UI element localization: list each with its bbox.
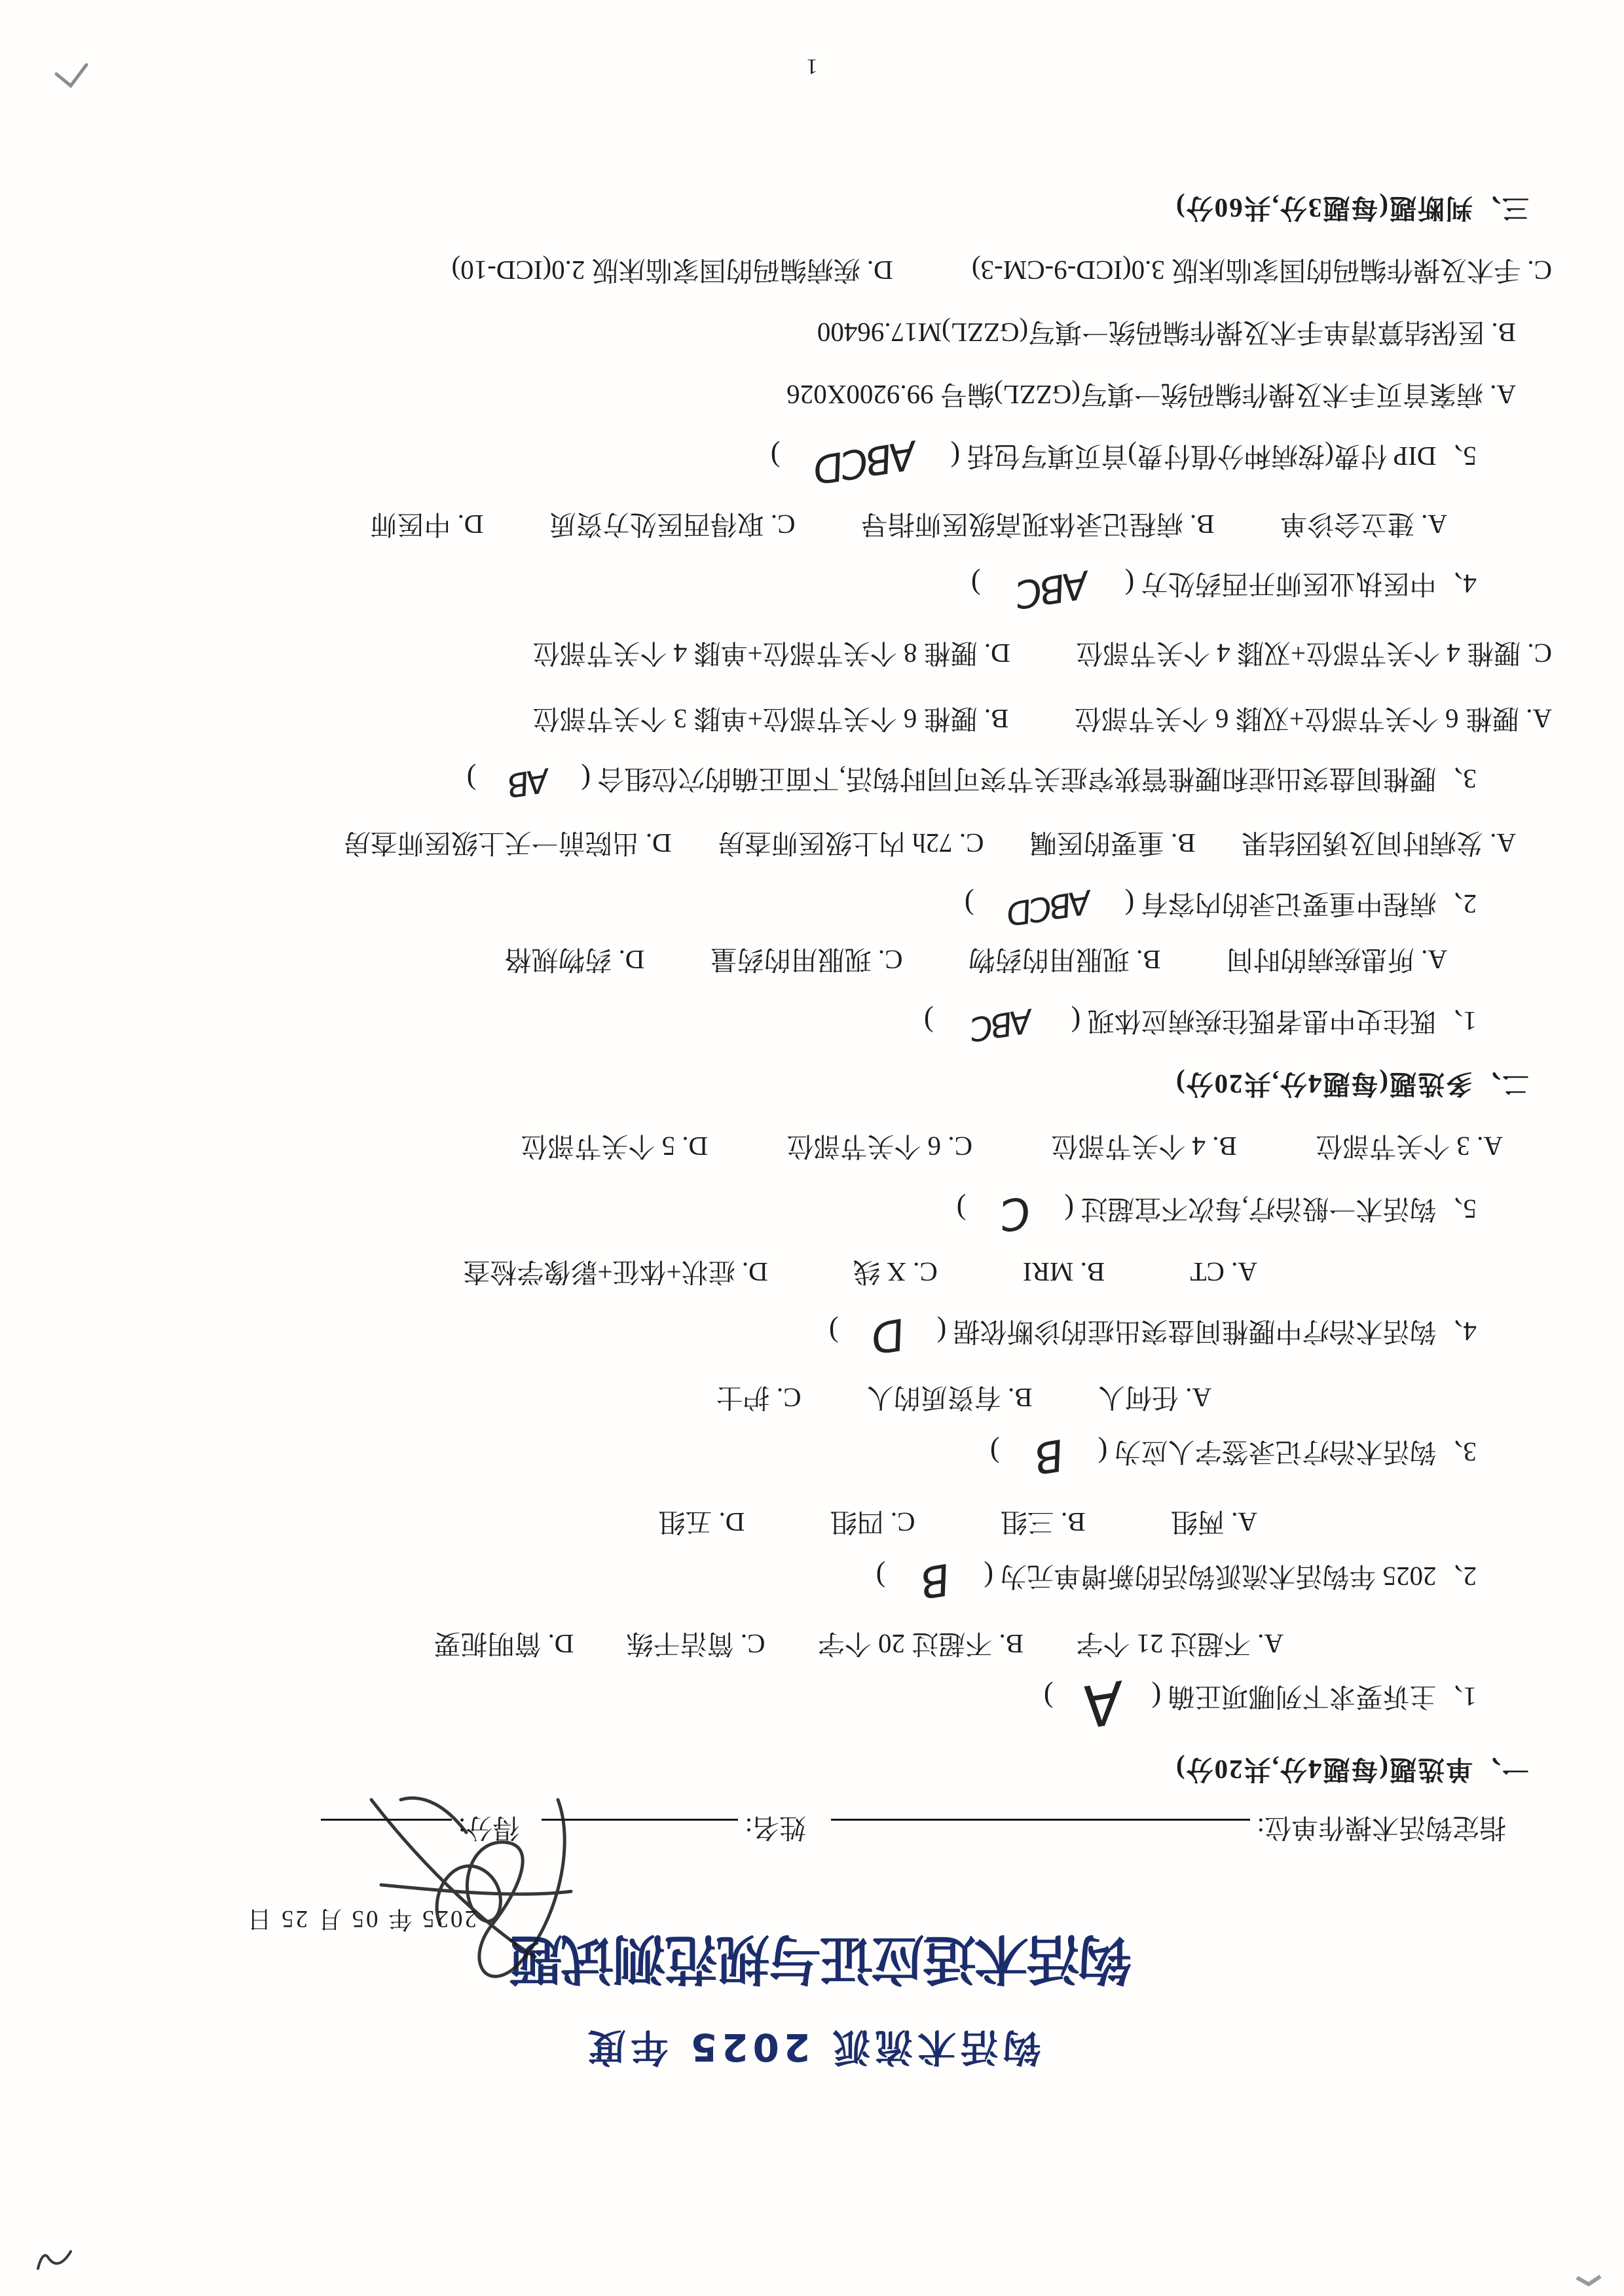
answer-area: (D) (829, 1316, 946, 1348)
option: D. 简明扼要 (434, 1626, 574, 1662)
paren-close: ) (829, 1316, 839, 1348)
option: C. 取得西医处方资质 (549, 506, 796, 543)
s1-q5-options: A. 3 个关节部位 B. 4 个关节部位 C. 6 个关节部位 D. 5 个关… (521, 1128, 1503, 1165)
handwritten-answer: AB (506, 761, 551, 804)
s1-q5-stem-line: 5、钩活术一般治疗,每次不宜超过 (C) (957, 1191, 1477, 1233)
s1-q1-options: A. 不超过 21 个字 B. 不超过 20 个字 C. 简洁干练 D. 简明扼… (434, 1626, 1283, 1662)
answer-area: (ABCD) (771, 441, 960, 473)
ink-mark-top-right (35, 2238, 75, 2278)
question-stem: 2、2025 年钩活术流派钩活的新增单元为 (1000, 1561, 1477, 1592)
handwritten-answer: ABCD (813, 435, 918, 487)
option: A. 腰椎 6 个关节部位+双膝 6 个关节部位 (1075, 701, 1552, 737)
option: A. 病案首页手术及操作编码统一填写(GZZL)编号 99.9200X026 (786, 376, 1516, 413)
paren-close: ) (957, 1194, 967, 1226)
series-title: 钩活术流派 2025 年度 (0, 2029, 1624, 2066)
paren-close: ) (924, 1006, 934, 1038)
answer-area: (ABC) (924, 1006, 1080, 1038)
option: C. 现服用的药量 (710, 941, 903, 978)
answer-area: (C) (957, 1194, 1074, 1226)
handwritten-answer: ABCD (1006, 883, 1093, 932)
option: A. 不超过 21 个字 (1076, 1626, 1283, 1662)
exam-sheet: 钩活术流派 2025 年度 钩活术适应证与规范测试题 2025 年 05 月 2… (0, 0, 1624, 2296)
option: C. 72h 内上级医师查房 (718, 825, 984, 862)
option: B. MRI (1023, 1254, 1105, 1290)
paren-open: ( (1098, 1436, 1108, 1468)
paren-close: ) (990, 1436, 1000, 1468)
s1-q2-options: A. 两组 B. 三组 C. 四组 D. 五组 (658, 1504, 1257, 1540)
paren-open: ( (937, 1316, 947, 1348)
option: A. 两组 (1171, 1504, 1257, 1540)
option: B. 不超过 20 个字 (818, 1626, 1024, 1662)
answer-area: (B) (876, 1561, 993, 1593)
question-stem: 1、既往史中患者既往疾病应体现 (1088, 1006, 1477, 1036)
option: D. 5 个关节部位 (521, 1128, 708, 1165)
question-stem: 3、钩活术治疗记录签字人应为 (1115, 1437, 1477, 1467)
option: A. 任何人 (1098, 1379, 1211, 1416)
paren-open: ( (950, 441, 960, 473)
option: D. 疾病编码的国家临床版 2.0(ICD-10) (452, 252, 893, 289)
option: D. 药物规格 (504, 941, 644, 978)
handwritten-answer: A (1080, 1683, 1124, 1725)
s2-q3-options-cd: C. 腰椎 4 个关节部位+双膝 4 个关节部位 D. 腰椎 8 个关节部位+单… (533, 635, 1552, 672)
paren-close: ) (971, 568, 981, 600)
s1-q1-stem-line: 1、主诉要求下列哪项正确 (A) (1044, 1679, 1477, 1726)
paren-open: ( (1125, 888, 1135, 920)
question-stem: 1、主诉要求下列哪项正确 (1168, 1682, 1477, 1712)
answer-area: (B) (990, 1436, 1107, 1468)
paren-open: ( (1064, 1194, 1074, 1226)
paren-open: ( (1125, 568, 1135, 600)
option: B. 腰椎 6 个关节部位+单膝 3 个关节部位 (533, 701, 1009, 737)
paren-close: ) (876, 1561, 886, 1593)
s2-q5-options-cd: C. 手术及操作编码的国家临床版 3.0(ICD-9-CM-3) D. 疾病编码… (452, 252, 1552, 289)
option: C. 护士 (716, 1379, 802, 1416)
option: B. 有资质的人 (867, 1379, 1033, 1416)
page-number: 1 (0, 48, 1624, 84)
s1-q2-stem-line: 2、2025 年钩活术流派钩活的新增单元为 (B) (876, 1558, 1477, 1600)
option: D. 五组 (658, 1504, 745, 1540)
paren-close: ) (771, 441, 781, 473)
paren-close: ) (467, 763, 477, 795)
s2-q4-options: A. 建立会诊单 B. 病程记录体现高级医师指导 C. 取得西医处方资质 D. … (370, 506, 1447, 543)
question-stem: 5、钩活术一般治疗,每次不宜超过 (1080, 1194, 1477, 1224)
signature-ink (348, 1774, 597, 1996)
s2-q5-option-a: A. 病案首页手术及操作编码统一填写(GZZL)编号 99.9200X026 (786, 376, 1516, 413)
answer-area: (ABCD) (965, 888, 1134, 920)
s2-q1-stem-line: 1、既往史中患者既往疾病应体现 (ABC) (924, 1003, 1477, 1042)
s2-q5-stem-line: 5、DIP 付费(按病种分值付费)首页填写包括 (ABCD) (771, 438, 1477, 479)
scanned-page: 钩活术流派 2025 年度 钩活术适应证与规范测试题 2025 年 05 月 2… (0, 0, 1624, 2296)
question-stem: 5、DIP 付费(按病种分值付费)首页填写包括 (967, 441, 1477, 471)
option: B. 三组 (1001, 1504, 1086, 1540)
option: D. 症状+体征+影像学检查 (463, 1254, 767, 1290)
paren-open: ( (1071, 1006, 1081, 1038)
paren-close: ) (965, 888, 974, 920)
option: B. 医保结算清单手术及操作编码统一填写(GZZL)M17.96400 (817, 314, 1516, 351)
answer-area: (ABC) (971, 568, 1134, 600)
name-label: 姓名: (745, 1813, 806, 1843)
pencil-mark-bottom-right (54, 61, 89, 91)
s2-q3-stem-line: 3、腰椎间盘突出症和腰椎管狭窄症关节突可同时钩活,下面正确的穴位组合 (AB) (467, 761, 1477, 799)
section-multi-title: 二、多选题(每题4分,共20分) (1175, 1066, 1529, 1102)
s1-q4-stem-line: 4、钩活术治疗中腰椎间盘突出症的诊断依据 (D) (829, 1313, 1477, 1355)
option: C. X 线 (853, 1254, 938, 1290)
option: C. 6 个关节部位 (786, 1128, 972, 1165)
handwritten-answer: B (917, 1560, 952, 1601)
question-stem: 3、腰椎间盘突出症和腰椎管狭窄症关节突可同时钩活,下面正确的穴位组合 (597, 764, 1477, 794)
s2-q3-options-ab: A. 腰椎 6 个关节部位+双膝 6 个关节部位 B. 腰椎 6 个关节部位+单… (533, 701, 1552, 737)
s2-q4-stem-line: 4、中医执业医师开西药处方 (ABC) (971, 566, 1477, 606)
option: C. 手术及操作编码的国家临床版 3.0(ICD-9-CM-3) (972, 252, 1552, 289)
scan-corner-mark (1576, 2274, 1602, 2287)
handwritten-answer: B (1031, 1436, 1066, 1476)
s2-q2-stem-line: 2、病程中重要记录的内容有 (ABCD) (965, 886, 1477, 924)
question-stem: 2、病程中重要记录的内容有 (1141, 889, 1477, 919)
option: A. 3 个关节部位 (1316, 1128, 1503, 1165)
option: A. 建立会诊单 (1280, 506, 1447, 543)
option: B. 重要的医嘱 (1030, 825, 1196, 862)
option: D. 腰椎 8 个关节部位+单膝 4 个关节部位 (533, 635, 1010, 672)
option: D. 出院前一天上级医师查房 (344, 825, 672, 862)
s2-q5-option-b: B. 医保结算清单手术及操作编码统一填写(GZZL)M17.96400 (817, 314, 1516, 351)
option: D. 中医师 (370, 506, 483, 543)
question-stem: 4、钩活术治疗中腰椎间盘突出症的诊断依据 (953, 1317, 1477, 1347)
s1-q3-stem-line: 3、钩活术治疗记录签字人应为 (B) (990, 1434, 1477, 1476)
handwritten-answer: C (997, 1193, 1033, 1234)
option: B. 4 个关节部位 (1051, 1128, 1237, 1165)
answer-area: (AB) (467, 763, 591, 795)
section-single-title: 一、单选题(每题4分,共20分) (1175, 1751, 1529, 1788)
option: B. 现服用的药物 (969, 941, 1161, 978)
s2-q2-options: A. 发病时间及诱因结果 B. 重要的医嘱 C. 72h 内上级医师查房 D. … (344, 825, 1516, 862)
unit-blank (831, 1819, 1250, 1848)
question-stem: 4、中医执业医师开西药处方 (1141, 569, 1477, 599)
option: C. 腰椎 4 个关节部位+双膝 4 个关节部位 (1076, 635, 1552, 672)
section-judge-title: 三、判断题(每题3分,共60分) (1175, 190, 1529, 227)
option: A. CT (1190, 1254, 1258, 1290)
s1-q4-options: A. CT B. MRI C. X 线 D. 症状+体征+影像学检查 (463, 1254, 1257, 1290)
paren-open: ( (1152, 1681, 1162, 1713)
paren-open: ( (984, 1561, 993, 1593)
paren-open: ( (581, 763, 591, 795)
option: A. 发病时间及诱因结果 (1242, 825, 1516, 862)
answer-area: (A) (1044, 1681, 1161, 1713)
s2-q1-options: A. 所患疾病的时间 B. 现服用的药物 C. 现服用的药量 D. 药物规格 (504, 941, 1447, 978)
option: B. 病程记录体现高级医师指导 (861, 506, 1215, 543)
unit-label: 指定钩活术操作单位: (1257, 1813, 1506, 1843)
paren-close: ) (1044, 1681, 1054, 1713)
s1-q3-options: A. 任何人 B. 有资质的人 C. 护士 (716, 1379, 1211, 1416)
handwritten-answer: D (868, 1315, 907, 1356)
handwritten-answer: ABC (1015, 566, 1090, 613)
handwritten-answer: ABC (970, 1002, 1035, 1048)
option: C. 简洁干练 (627, 1626, 766, 1662)
page-title: 钩活术适应证与规范测试题 (511, 1940, 1132, 1977)
option: A. 所患疾病的时间 (1227, 941, 1447, 978)
option: C. 四组 (830, 1504, 915, 1540)
